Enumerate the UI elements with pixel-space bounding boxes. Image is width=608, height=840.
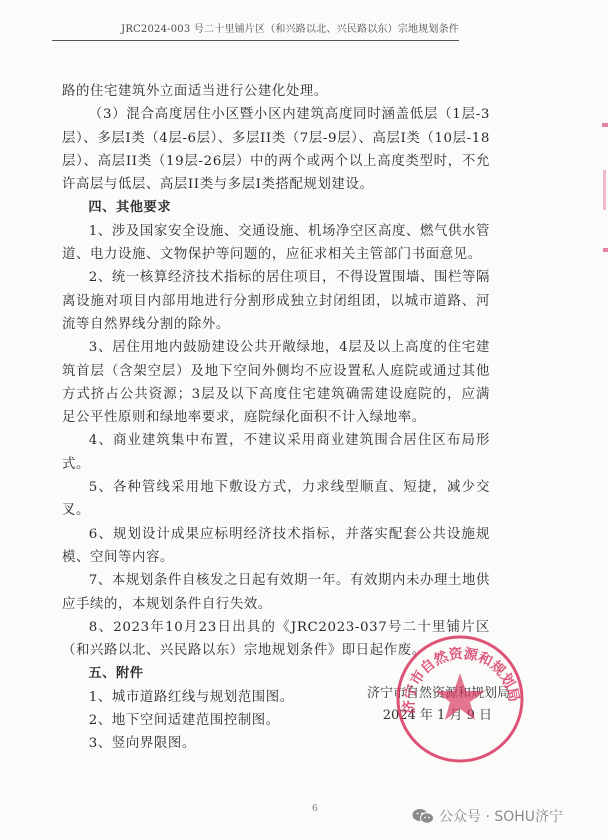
page-header-title: JRC2024-003 号二十里铺片区（和兴路以北、兴民路以东）宗地规划条件 — [52, 20, 459, 35]
header-divider — [52, 40, 459, 41]
document-page: JRC2024-003 号二十里铺片区（和兴路以北、兴民路以东）宗地规划条件 路… — [0, 0, 608, 840]
wechat-icon — [412, 808, 434, 824]
official-seal-icon: 济宁市自然资源和规划局 — [394, 633, 526, 765]
watermark: 公众号 · SOHU济宁 — [412, 806, 563, 826]
requirement-item-1: 1、涉及国家安全设施、交通设施、机场净空区高度、燃气供水管道、电力设施、文物保护… — [62, 220, 490, 267]
requirement-item-2: 2、统一核算经济技术指标的居住项目，不得设置围墙、围栏等隔离设施对项目内部用地进… — [62, 266, 490, 336]
requirement-item-3: 3、居住用地内鼓励建设公共开敞绿地，4层及以上高度的住宅建筑首层（含架空层）及地… — [62, 336, 490, 429]
watermark-text: 公众号 · SOHU济宁 — [439, 806, 563, 826]
edge-seal-mark — [603, 248, 608, 252]
requirement-item-5: 5、各种管线采用地下敷设方式，力求线型顺直、短捷，减少交叉。 — [62, 476, 490, 523]
requirement-item-4: 4、商业建筑集中布置，不建议采用商业建筑围合居住区布局形式。 — [62, 429, 490, 476]
requirement-item-6: 6、规划设计成果应标明经济技术指标，并落实配套公共设施规模、空间等内容。 — [62, 523, 490, 570]
section-heading-other-requirements: 四、其他要求 — [62, 196, 490, 219]
paragraph-continuation: 路的住宅建筑外立面适当进行公建化处理。 — [62, 80, 490, 103]
page-number: 6 — [312, 804, 318, 814]
edge-seal-mark — [602, 123, 608, 127]
edge-seal-mark — [603, 170, 606, 210]
paragraph-mixed-height: （3）混合高度居住小区暨小区内建筑高度同时涵盖低层（1层-3层）、多层I类（4层… — [62, 103, 490, 196]
requirement-item-7: 7、本规划条件自核发之日起有效期一年。有效期内未办理土地供应手续的，本规划条件自… — [62, 569, 490, 616]
